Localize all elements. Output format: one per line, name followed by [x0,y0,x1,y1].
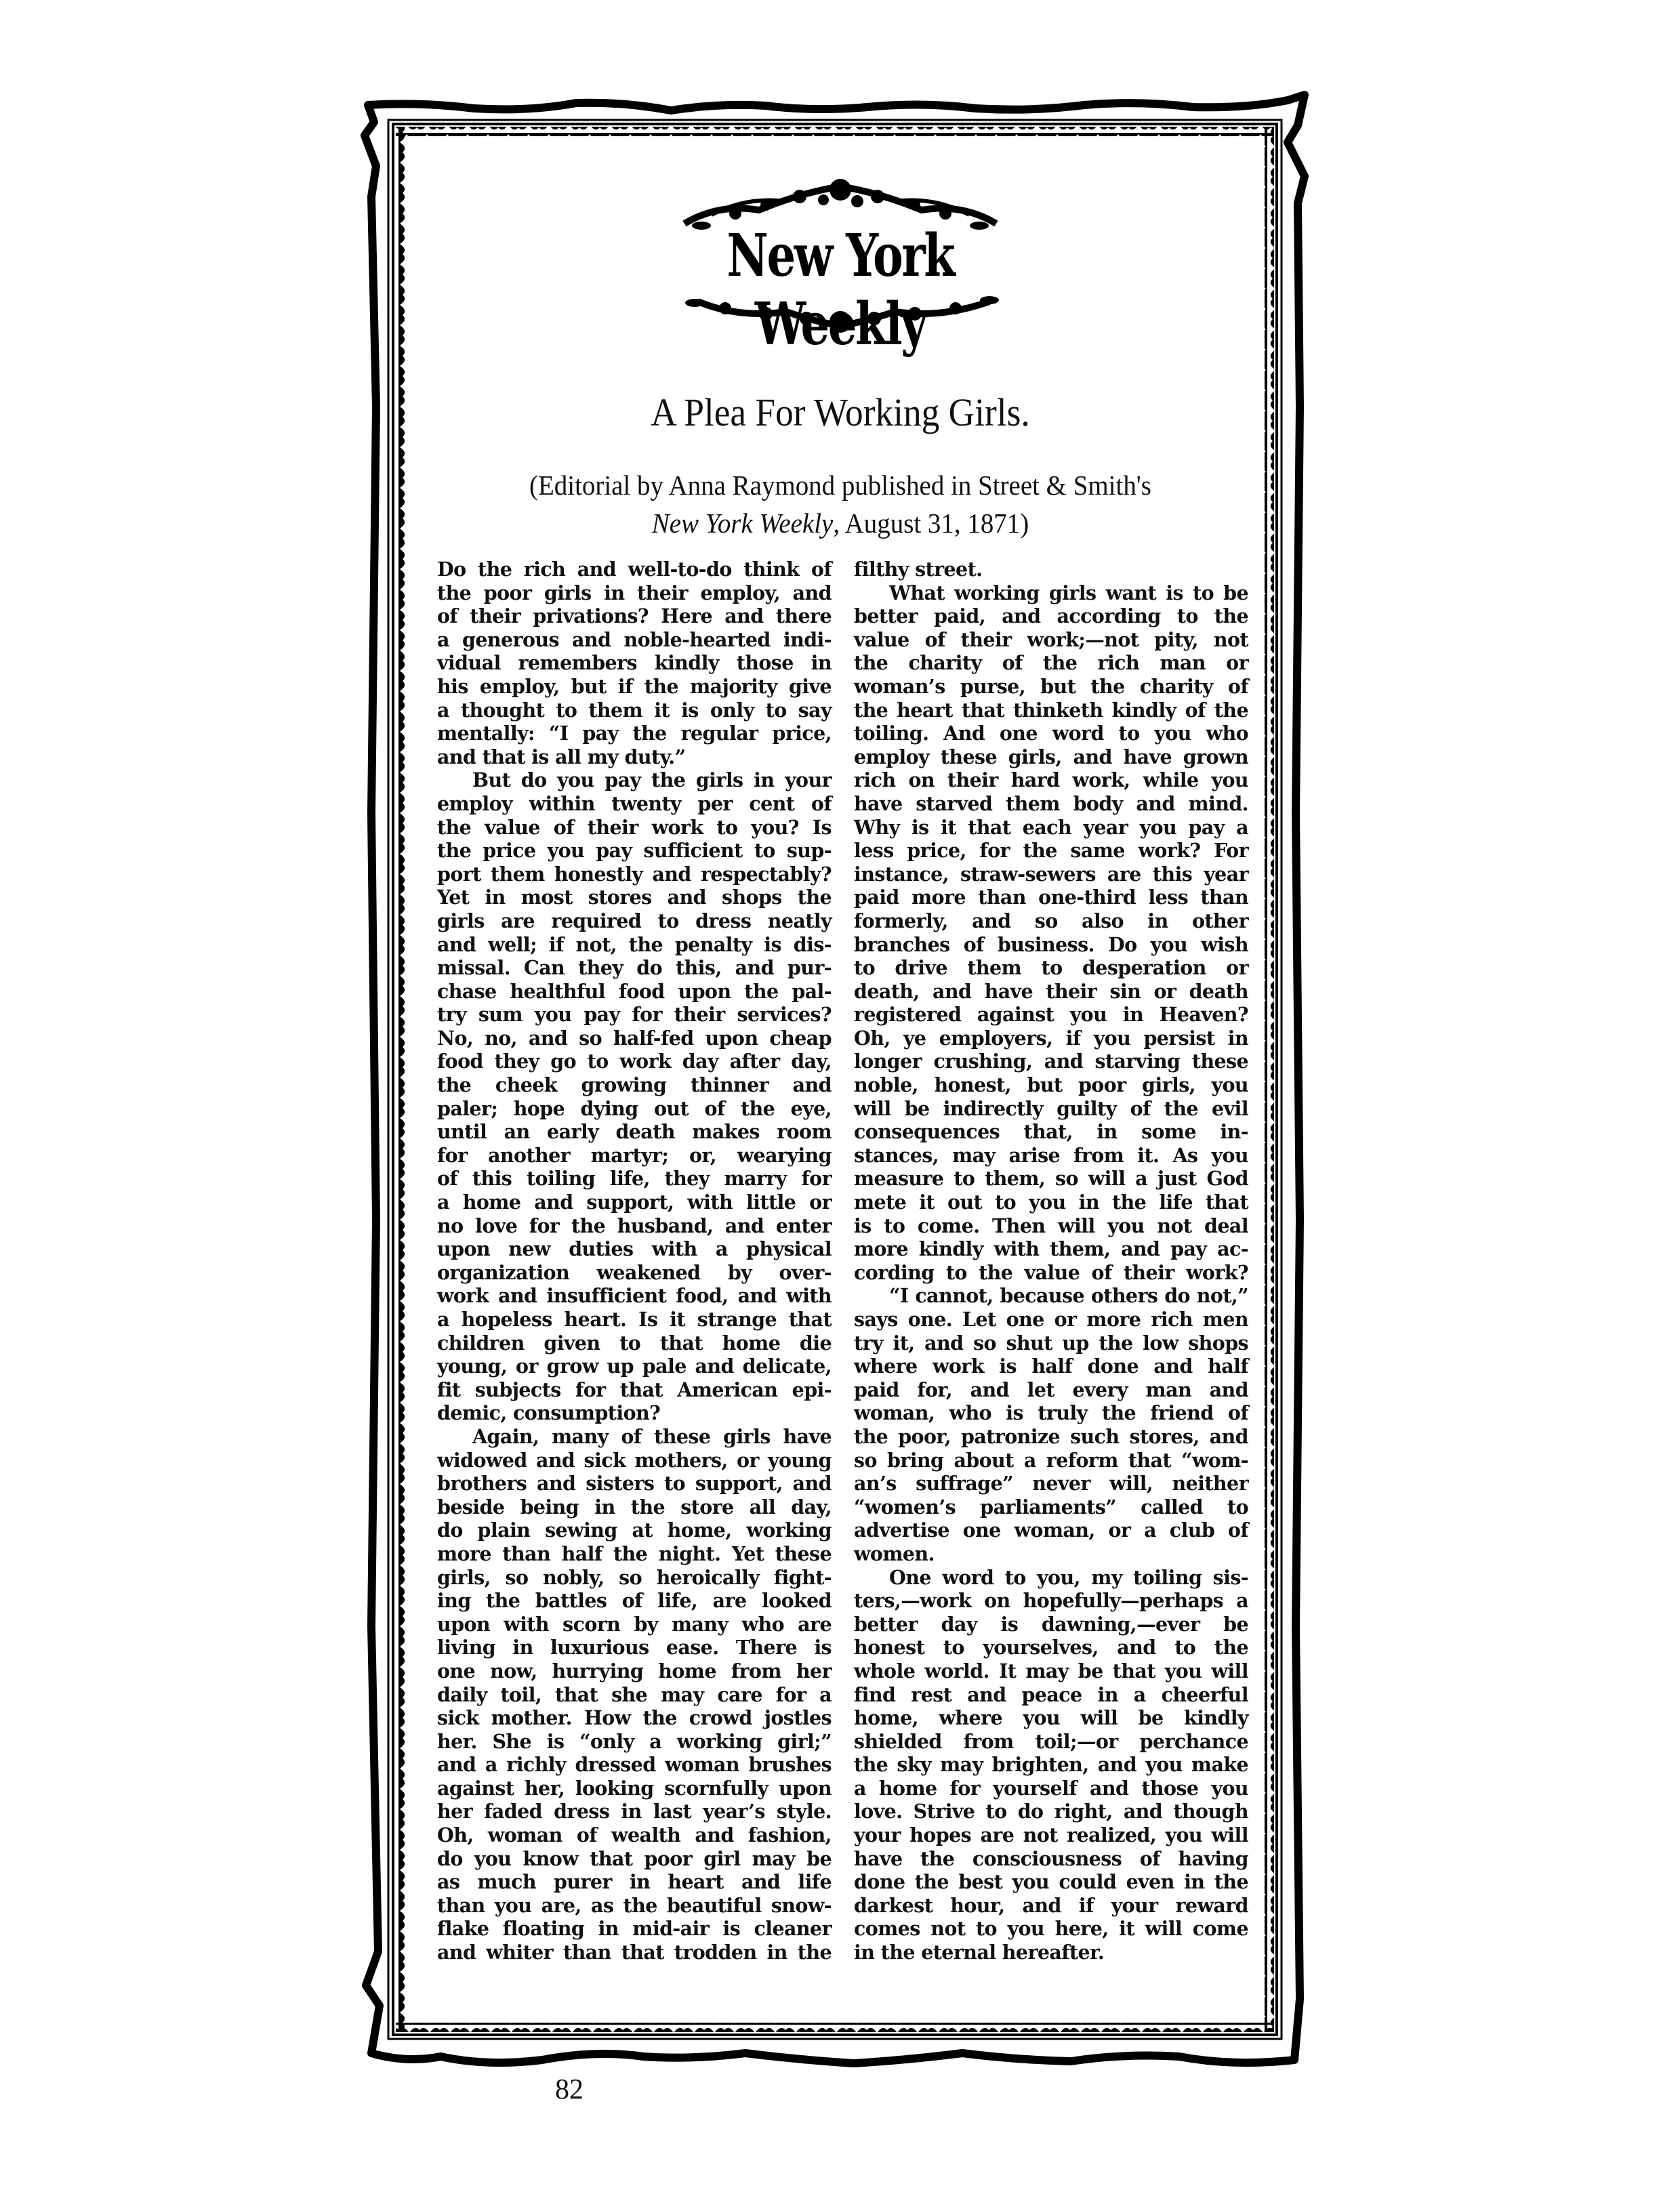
publication-name: New York Weekly [652,508,834,539]
subtitle-line-1: (Editorial by Anna Raymond published in … [454,466,1227,504]
text-line: children given to that home die [437,1332,832,1355]
text-line: the price you pay sufficient to sup- [437,839,832,863]
text-line: shielded from toil;—or perchance [854,1730,1248,1754]
text-line: comes not to you here, it will come [854,1917,1248,1941]
text-line: more than half the night. Yet these [437,1542,832,1566]
text-line: food they go to work day after day, [437,1050,832,1073]
text-line: longer crushing, and starving these [854,1050,1248,1073]
text-line: is to come. Then will you not deal [854,1214,1248,1238]
text-line: a home and support, with little or [437,1191,832,1214]
text-line: done the best you could even in the [854,1870,1248,1894]
text-line: instance, straw-sewers are this year [854,863,1248,886]
text-line: stances, may arise from it. As you [854,1144,1248,1168]
text-line: Again, many of these girls have [437,1425,832,1449]
text-line: a home for yourself and those you [854,1777,1248,1800]
text-line: consequences that, in some in- [854,1120,1248,1144]
text-line: ing the battles of life, are looked [437,1589,832,1613]
text-line: formerly, and so also in other [854,909,1248,933]
text-line: toiling. And one word to you who [854,722,1248,745]
text-line: employ within twenty per cent of [437,792,832,816]
text-line: “women’s parliaments” called to [854,1495,1248,1519]
text-line: noble, honest, but poor girls, you [854,1073,1248,1097]
text-line: a hopeless heart. Is it strange that [437,1308,832,1332]
text-line: demic, consumption? [437,1401,832,1425]
article-title: A Plea For Working Girls. [466,390,1214,435]
text-line: registered against you in Heaven? [854,1003,1248,1027]
text-line: of this toiling life, they marry for [437,1167,832,1191]
text-line: Why is it that each year you pay a [854,816,1248,840]
text-line: your hopes are not realized, you will [854,1823,1248,1847]
text-line: her faded dress in last year’s style. [437,1800,832,1823]
text-line: where work is half done and half [854,1355,1248,1378]
text-line: and whiter than that trodden in the [437,1941,832,1964]
text-line: the value of their work to you? Is [437,816,832,840]
text-line: less price, for the same work? For [854,839,1248,863]
text-line: the heart that thinketh kindly of the [854,699,1248,722]
text-line: for another martyr; or, wearying [437,1144,832,1168]
text-line: says one. Let one or more rich men [854,1308,1248,1332]
text-line: better day is dawning,—ever be [854,1613,1248,1636]
article-column-right: filthy street.What working girls want is… [854,558,1248,1964]
text-line: death, and have their sin or death [854,980,1248,1004]
text-line: paler; hope dying out of the eye, [437,1097,832,1121]
article-column-left: Do the rich and well-to-do think ofthe p… [437,558,832,1964]
text-line: try sum you pay for their services? [437,1003,832,1027]
masthead-title: New York Weekly [682,222,999,358]
text-line: sick mother. How the crowd jostles [437,1706,832,1730]
text-line: living in luxurious ease. There is [437,1636,832,1659]
text-line: against her, looking scornfully upon [437,1777,832,1800]
text-line: Do the rich and well-to-do think of [437,558,832,581]
text-line: flake floating in mid-air is cleaner [437,1917,832,1941]
text-line: widowed and sick mothers, or young [437,1449,832,1472]
text-line: women. [854,1542,1248,1566]
text-line: daily toil, that she may care for a [437,1683,832,1707]
text-line: darkest hour, and if your reward [854,1894,1248,1918]
text-line: the cheek growing thinner and [437,1073,832,1097]
text-line: port them honestly and respectably? [437,863,832,886]
text-line: But do you pay the girls in your [437,768,832,792]
text-line: her. She is “only a working girl;” [437,1730,832,1754]
text-line: employ these girls, and have grown [854,745,1248,769]
text-line: upon new duties with a physical [437,1237,832,1261]
text-line: cording to the value of their work? [854,1261,1248,1285]
publication-date: , August 31, 1871) [833,508,1029,539]
text-line: a generous and noble-hearted indi- [437,628,832,652]
text-line: chase healthful food upon the pal- [437,980,832,1004]
article-subtitle: (Editorial by Anna Raymond published in … [454,466,1227,542]
text-line: of their privations? Here and there [437,604,832,628]
text-line: beside being in the store all day, [437,1495,832,1519]
text-line: woman, who is truly the friend of [854,1401,1248,1425]
text-line: do you know that poor girl may be [437,1847,832,1871]
text-line: Yet in most stores and shops the [437,886,832,909]
text-line: value of their work;—not pity, not [854,628,1248,652]
text-line: One word to you, my toiling sis- [854,1566,1248,1590]
text-line: more kindly with them, and pay ac- [854,1237,1248,1261]
text-line: whole world. It may be that you will [854,1659,1248,1683]
text-line: the poor girls in their employ, and [437,581,832,605]
text-line: young, or grow up pale and delicate, [437,1355,832,1378]
text-line: and a richly dressed woman brushes [437,1753,832,1777]
text-line: have the consciousness of having [854,1847,1248,1871]
text-line: woman’s purse, but the charity of [854,675,1248,699]
text-line: the poor, patronize such stores, and [854,1425,1248,1449]
text-line: Oh, woman of wealth and fashion, [437,1823,832,1847]
text-line: try it, and so shut up the low shops [854,1332,1248,1355]
text-line: What working girls want is to be [854,581,1248,605]
text-line: a thought to them it is only to say [437,699,832,722]
text-line: paid for, and let every man and [854,1378,1248,1402]
text-line: vidual remembers kindly those in [437,651,832,675]
text-line: will be indirectly guilty of the evil [854,1097,1248,1121]
text-line: better paid, and according to the [854,604,1248,628]
text-line: paid more than one-third less than [854,886,1248,909]
text-line: “I cannot, because others do not,” [854,1284,1248,1308]
text-line: work and insufficient food, and with [437,1284,832,1308]
text-line: No, no, and so half-fed upon cheap [437,1027,832,1050]
text-line: an’s suffrage” never will, neither [854,1472,1248,1495]
text-line: have starved them body and mind. [854,792,1248,816]
text-line: love. Strive to do right, and though [854,1800,1248,1823]
text-line: his employ, but if the majority give [437,675,832,699]
text-line: home, where you will be kindly [854,1706,1248,1730]
text-line: missal. Can they do this, and pur- [437,956,832,980]
text-line: upon with scorn by many who are [437,1613,832,1636]
text-line: mentally: “I pay the regular price, [437,722,832,745]
text-line: to drive them to desperation or [854,956,1248,980]
text-line: and that is all my duty.” [437,745,832,769]
text-line: organization weakened by over- [437,1261,832,1285]
masthead-logo: New York Weekly [637,173,1044,339]
text-line: mete it out to you in the life that [854,1191,1248,1214]
text-line: until an early death makes room [437,1120,832,1144]
text-line: fit subjects for that American epi- [437,1378,832,1402]
text-line: the charity of the rich man or [854,651,1248,675]
text-line: rich on their hard work, while you [854,768,1248,792]
text-line: girls are required to dress neatly [437,909,832,933]
subtitle-line-2: New York Weekly, August 31, 1871) [454,504,1227,542]
text-line: do plain sewing at home, working [437,1519,832,1542]
text-line: branches of business. Do you wish [854,933,1248,957]
text-line: advertise one woman, or a club of [854,1519,1248,1542]
text-line: than you are, as the beautiful snow- [437,1894,832,1918]
text-line: as much purer in heart and life [437,1870,832,1894]
text-line: and well; if not, the penalty is dis- [437,933,832,957]
text-line: Oh, ye employers, if you persist in [854,1027,1248,1050]
text-line: no love for the husband, and enter [437,1214,832,1238]
text-line: find rest and peace in a cheerful [854,1683,1248,1707]
text-line: girls, so nobly, so heroically fight- [437,1566,832,1590]
text-line: measure to them, so will a just God [854,1167,1248,1191]
text-line: brothers and sisters to support, and [437,1472,832,1495]
text-line: ters,—work on hopefully—perhaps a [854,1589,1248,1613]
text-line: honest to yourselves, and to the [854,1636,1248,1659]
text-line: so bring about a reform that “wom- [854,1449,1248,1472]
text-line: in the eternal hereafter. [854,1941,1248,1964]
page-number: 82 [542,2073,596,2106]
text-line: filthy street. [854,558,1248,581]
text-line: one now, hurrying home from her [437,1659,832,1683]
document-page: New York Weekly A Plea For Working Girls… [0,0,1680,2188]
text-line: the sky may brighten, and you make [854,1753,1248,1777]
